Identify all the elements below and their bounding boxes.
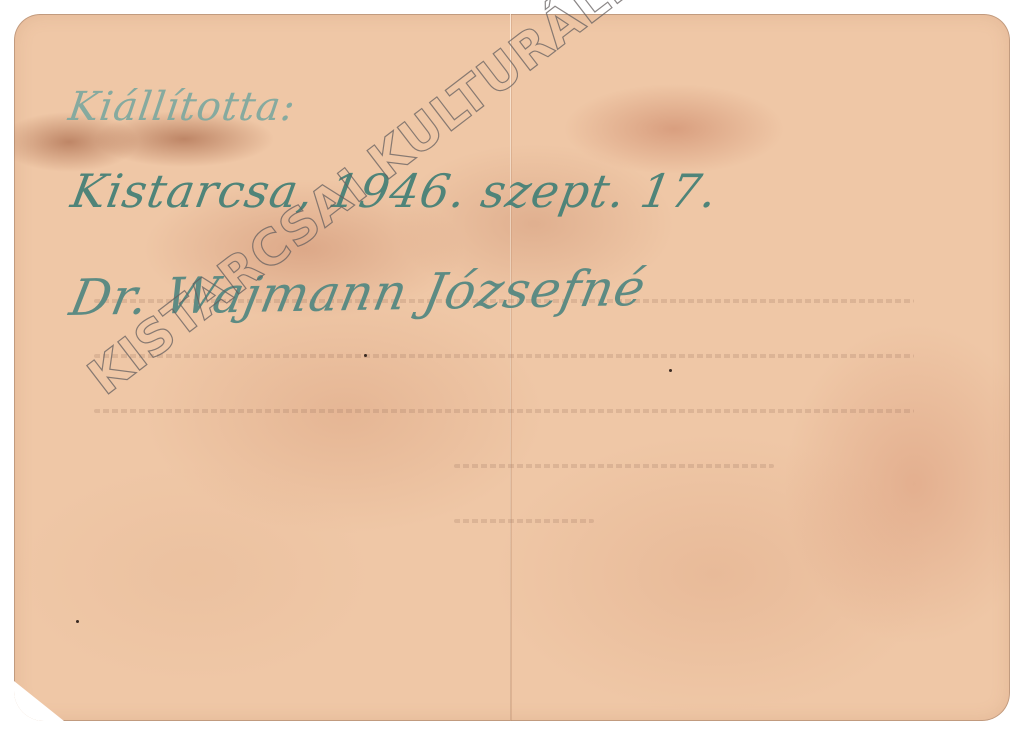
center-fold-line: [510, 14, 511, 721]
torn-corner: [14, 681, 64, 721]
paper-speck: [669, 369, 672, 372]
bleed-through-print: [94, 409, 914, 413]
bleed-through-print: [454, 464, 774, 468]
paper-card: Kiállította: Kistarcsa, 1946. szept. 17.…: [14, 14, 1010, 721]
bleed-through-print: [94, 354, 914, 358]
handwritten-issued-by-label: Kiállította:: [66, 84, 299, 130]
scanned-document: Kiállította: Kistarcsa, 1946. szept. 17.…: [0, 0, 1024, 736]
bleed-through-print: [454, 519, 594, 523]
paper-speck: [76, 620, 79, 623]
paper-speck: [364, 354, 367, 357]
